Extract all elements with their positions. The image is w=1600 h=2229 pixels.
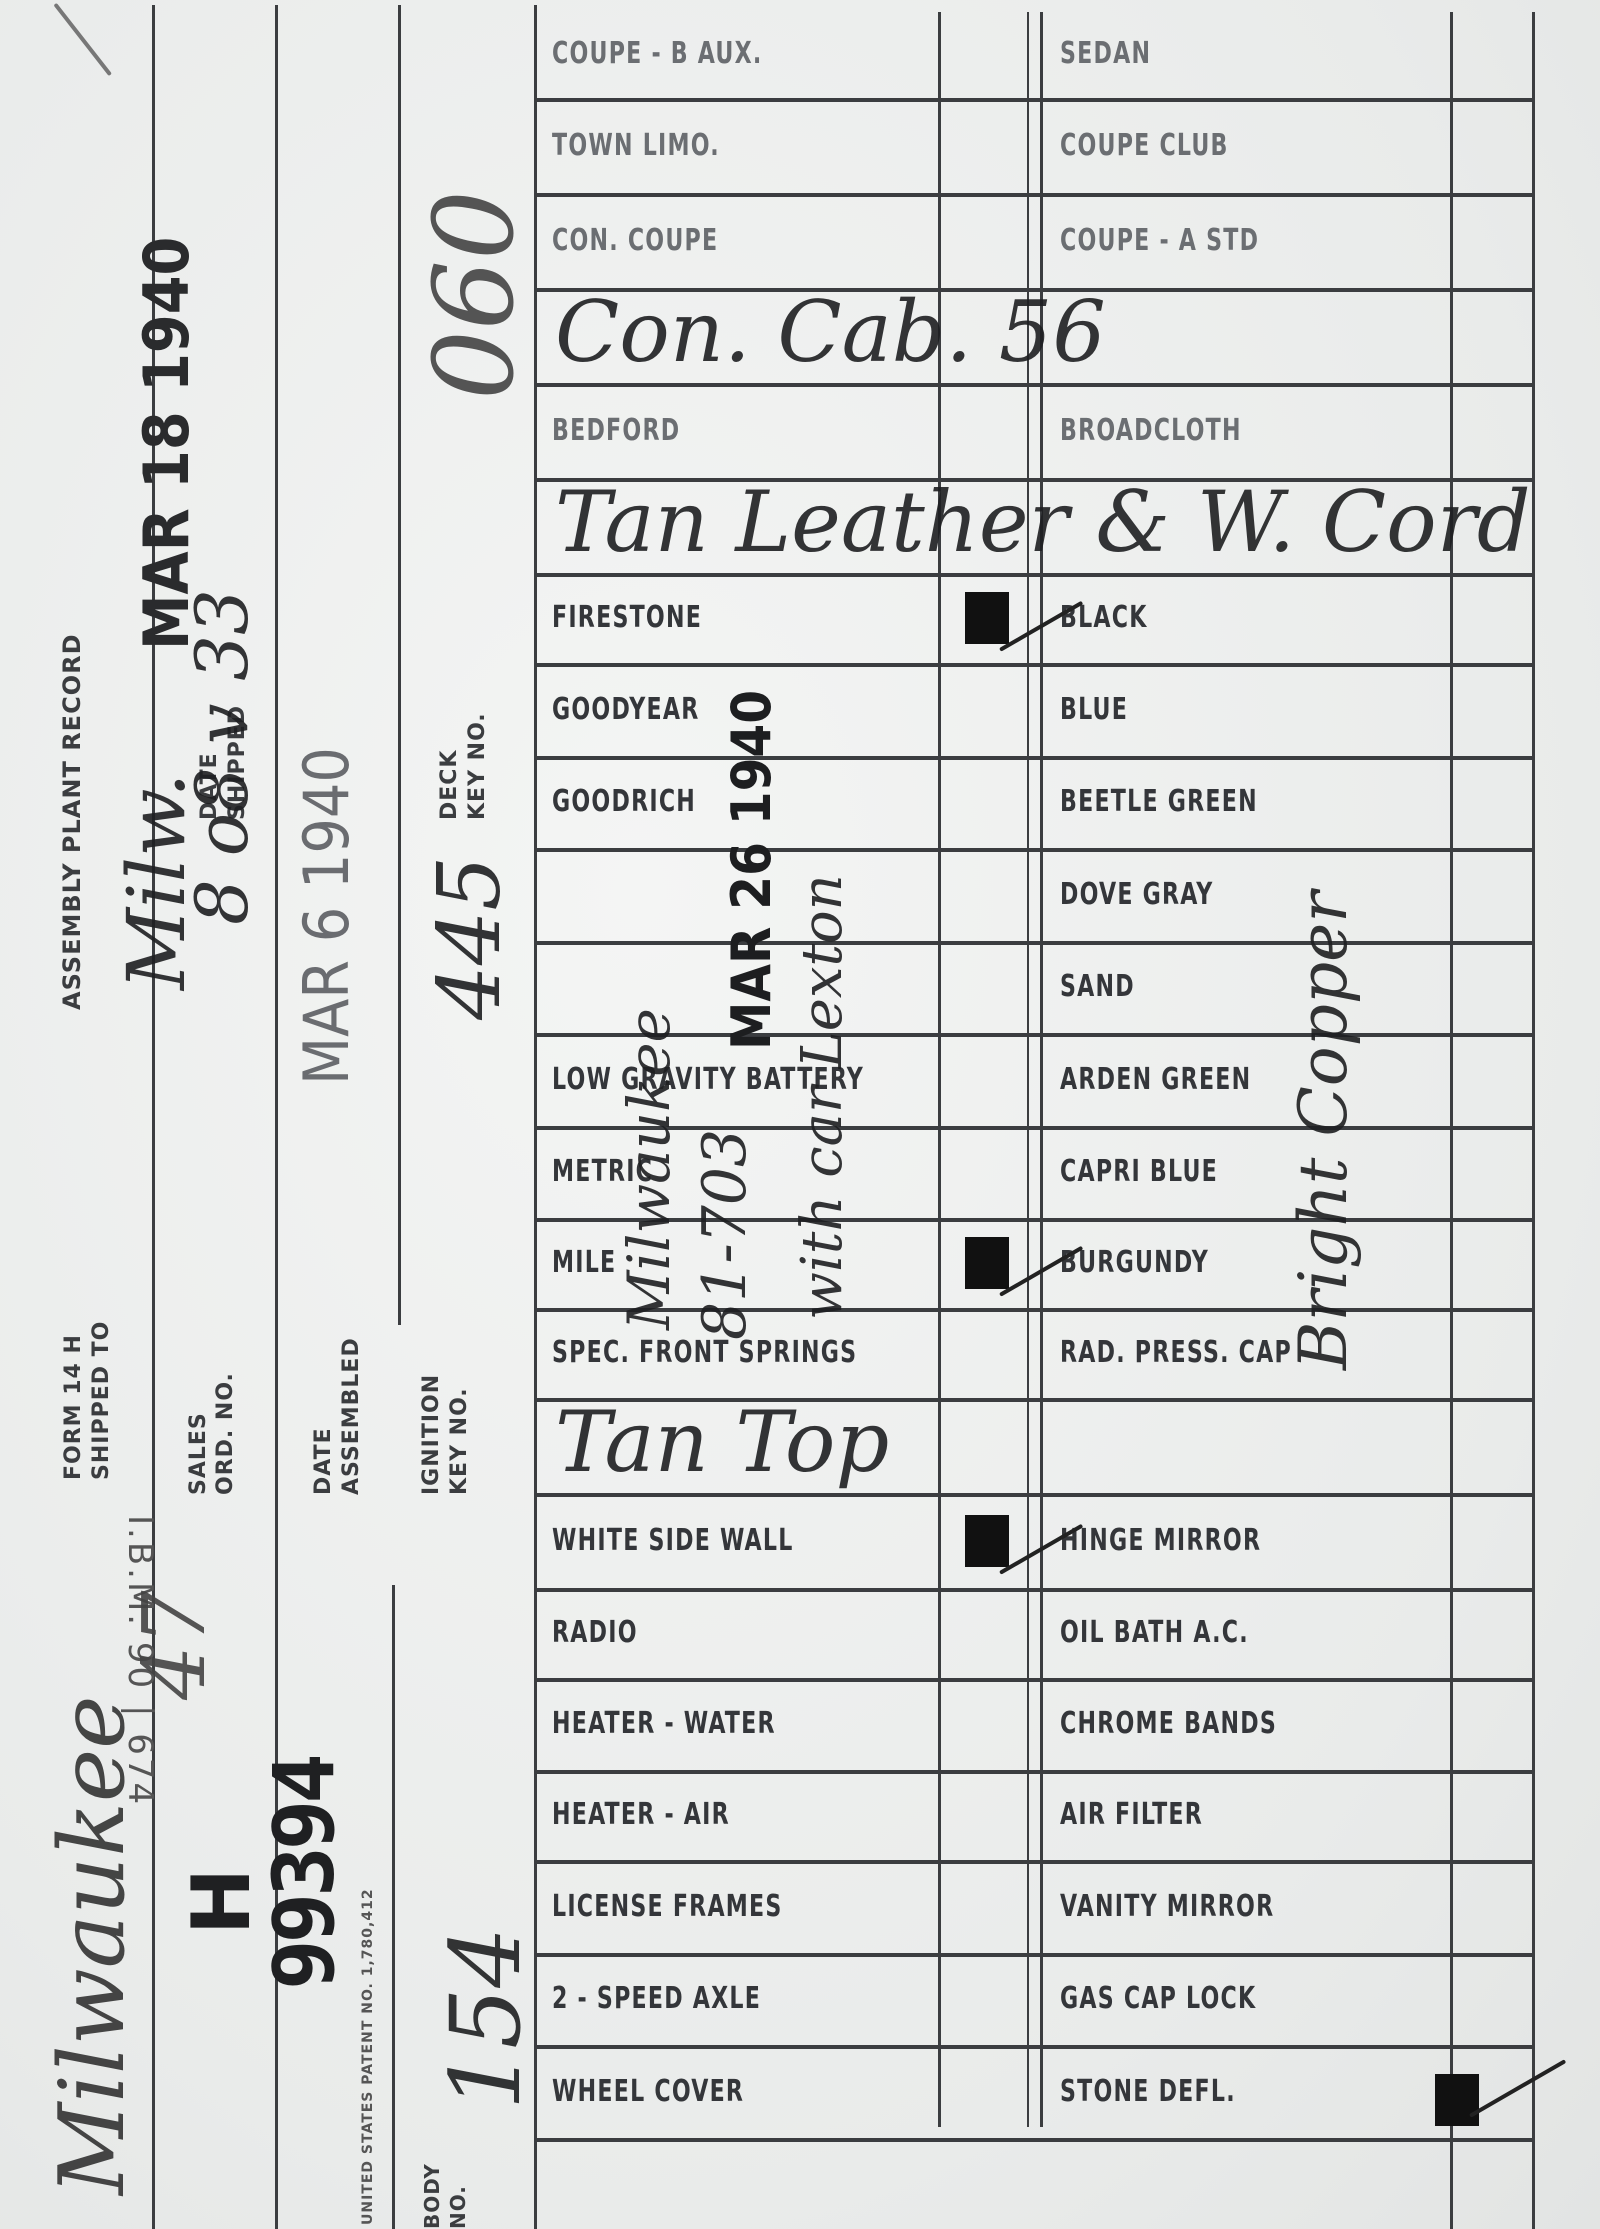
- ord-no-label: ORD. NO.: [214, 1372, 238, 1495]
- option-right: HINGE MIRROR: [1060, 1523, 1261, 1558]
- option-left: HEATER - WATER: [552, 1706, 776, 1741]
- grid-row-line: [536, 383, 1532, 387]
- option-right: SEDAN: [1060, 36, 1151, 71]
- option-right: CHROME BANDS: [1060, 1706, 1277, 1741]
- grid-row-line: [536, 1218, 1532, 1222]
- option-right: COUPE CLUB: [1060, 128, 1229, 163]
- body-label: BODY: [420, 2163, 444, 2229]
- option-left: GOODRICH: [552, 784, 696, 819]
- vertical-note-2: 81-703: [690, 1129, 760, 1340]
- date-assembled-label-1: DATE: [312, 1427, 336, 1495]
- shipped-to-label: SHIPPED TO: [90, 1321, 114, 1480]
- option-left: TOWN LIMO.: [552, 128, 720, 163]
- option-right: CAPRI BLUE: [1060, 1154, 1218, 1189]
- option-left: MILE: [552, 1245, 616, 1280]
- check-stroke: [1469, 2059, 1566, 2117]
- grid-row-line: [536, 2045, 1532, 2049]
- key-no-label: KEY NO.: [448, 1387, 472, 1495]
- option-right: BLUE: [1060, 692, 1128, 727]
- serial-number: 99394: [255, 1757, 353, 1990]
- grid-row-line: [536, 756, 1532, 760]
- option-right: BEETLE GREEN: [1060, 784, 1258, 819]
- grid-row-line: [536, 1860, 1532, 1864]
- option-right: OIL BATH A.C.: [1060, 1615, 1249, 1650]
- handwritten-row: Tan Top: [555, 1393, 889, 1491]
- date-assembled-label-2: ASSEMBLED: [340, 1337, 364, 1495]
- sales-label: SALES: [187, 1412, 211, 1495]
- vertical-note-3: with car Lexton: [790, 874, 855, 1320]
- deck-key-value: 445: [420, 856, 520, 1020]
- body-no-value: 154: [430, 1927, 542, 2110]
- patent-text: UNITED STATES PATENT NO. 1,780,412: [360, 1888, 376, 2225]
- top-handwritten-value: 060: [410, 190, 538, 400]
- option-right: GAS CAP LOCK: [1060, 1981, 1256, 2016]
- plant-record-card: ASSEMBLY PLANT RECORD FORM 14 H SHIPPED …: [0, 0, 1600, 2229]
- option-right: BROADCLOTH: [1060, 413, 1242, 448]
- shipped-to-value: Milwaukee: [40, 1696, 145, 2195]
- checkmark-left: [965, 1515, 1009, 1567]
- date-assembled-stamp: MAR 6 1940: [290, 747, 363, 1085]
- option-right: DOVE GRAY: [1060, 877, 1214, 912]
- grid-divider: [1450, 12, 1453, 2229]
- sales-order-value: 8 o8 v 33: [180, 589, 264, 925]
- grid-row-line: [536, 848, 1532, 852]
- grid-row-line: [536, 1953, 1532, 1957]
- grid-row-line: [536, 941, 1532, 945]
- option-right: VANITY MIRROR: [1060, 1889, 1274, 1924]
- option-left: SPEC. FRONT SPRINGS: [552, 1335, 857, 1370]
- grid-row-line: [536, 573, 1532, 577]
- option-right: ARDEN GREEN: [1060, 1062, 1251, 1097]
- option-left: COUPE - B AUX.: [552, 36, 763, 71]
- divider: [392, 1585, 395, 2229]
- option-left: HEATER - AIR: [552, 1797, 730, 1832]
- checkmark-left: [965, 592, 1009, 644]
- option-right: BURGUNDY: [1060, 1245, 1209, 1280]
- option-left: 2 - SPEED AXLE: [552, 1981, 761, 2016]
- grid-row-line: [536, 1678, 1532, 1682]
- grid-right-border: [1532, 12, 1535, 2229]
- grid-row-line: [536, 98, 1532, 102]
- deck-label: DECK: [438, 750, 462, 820]
- option-left: RADIO: [552, 1615, 638, 1650]
- option-left: LICENSE FRAMES: [552, 1889, 783, 1924]
- option-right: COUPE - A STD: [1060, 223, 1259, 258]
- body-no-label: NO.: [446, 2185, 470, 2229]
- grid-row-line: [536, 663, 1532, 667]
- option-right: SAND: [1060, 969, 1135, 1004]
- divider: [398, 5, 401, 1325]
- option-left: WHEEL COVER: [552, 2074, 744, 2109]
- grid-row-line: [536, 2138, 1532, 2142]
- grid-row-line: [536, 193, 1532, 197]
- checkmark-right: [1435, 2074, 1479, 2126]
- deck-key-no-label: KEY NO.: [466, 712, 490, 820]
- checkmark-left: [965, 1237, 1009, 1289]
- option-left: WHITE SIDE WALL: [552, 1523, 794, 1558]
- option-right: RAD. PRESS. CAP: [1060, 1335, 1292, 1370]
- pen-stroke: [53, 3, 112, 76]
- option-left: GOODYEAR: [552, 692, 700, 727]
- grid-row-line: [536, 1770, 1532, 1774]
- option-right: AIR FILTER: [1060, 1797, 1203, 1832]
- vertical-note-1: Milwaukee: [615, 1008, 683, 1330]
- form-title: ASSEMBLY PLANT RECORD: [60, 634, 84, 1011]
- vertical-note-right: Bright Copper: [1285, 891, 1362, 1370]
- grid-row-line: [536, 1033, 1532, 1037]
- grid-row-line: [536, 1588, 1532, 1592]
- ignition-key-value: 47: [125, 1591, 225, 1700]
- grid-row-line: [536, 1493, 1532, 1497]
- handwritten-row: Con. Cab. 56: [555, 283, 1106, 381]
- vertical-stamp: MAR 26 1940: [720, 690, 783, 1050]
- ignition-label: IGNITION: [420, 1374, 444, 1495]
- form-number: FORM 14 H: [62, 1334, 86, 1480]
- grid-row-line: [536, 1126, 1532, 1130]
- handwritten-row: Tan Leather & W. Cord: [555, 473, 1531, 571]
- option-left: BEDFORD: [552, 413, 680, 448]
- date-shipped-stamp: MAR 18 1940: [130, 237, 203, 650]
- option-left: CON. COUPE: [552, 223, 718, 258]
- option-left: FIRESTONE: [552, 600, 702, 635]
- option-right: STONE DEFL.: [1060, 2074, 1236, 2109]
- grid-row-line: [536, 1308, 1532, 1312]
